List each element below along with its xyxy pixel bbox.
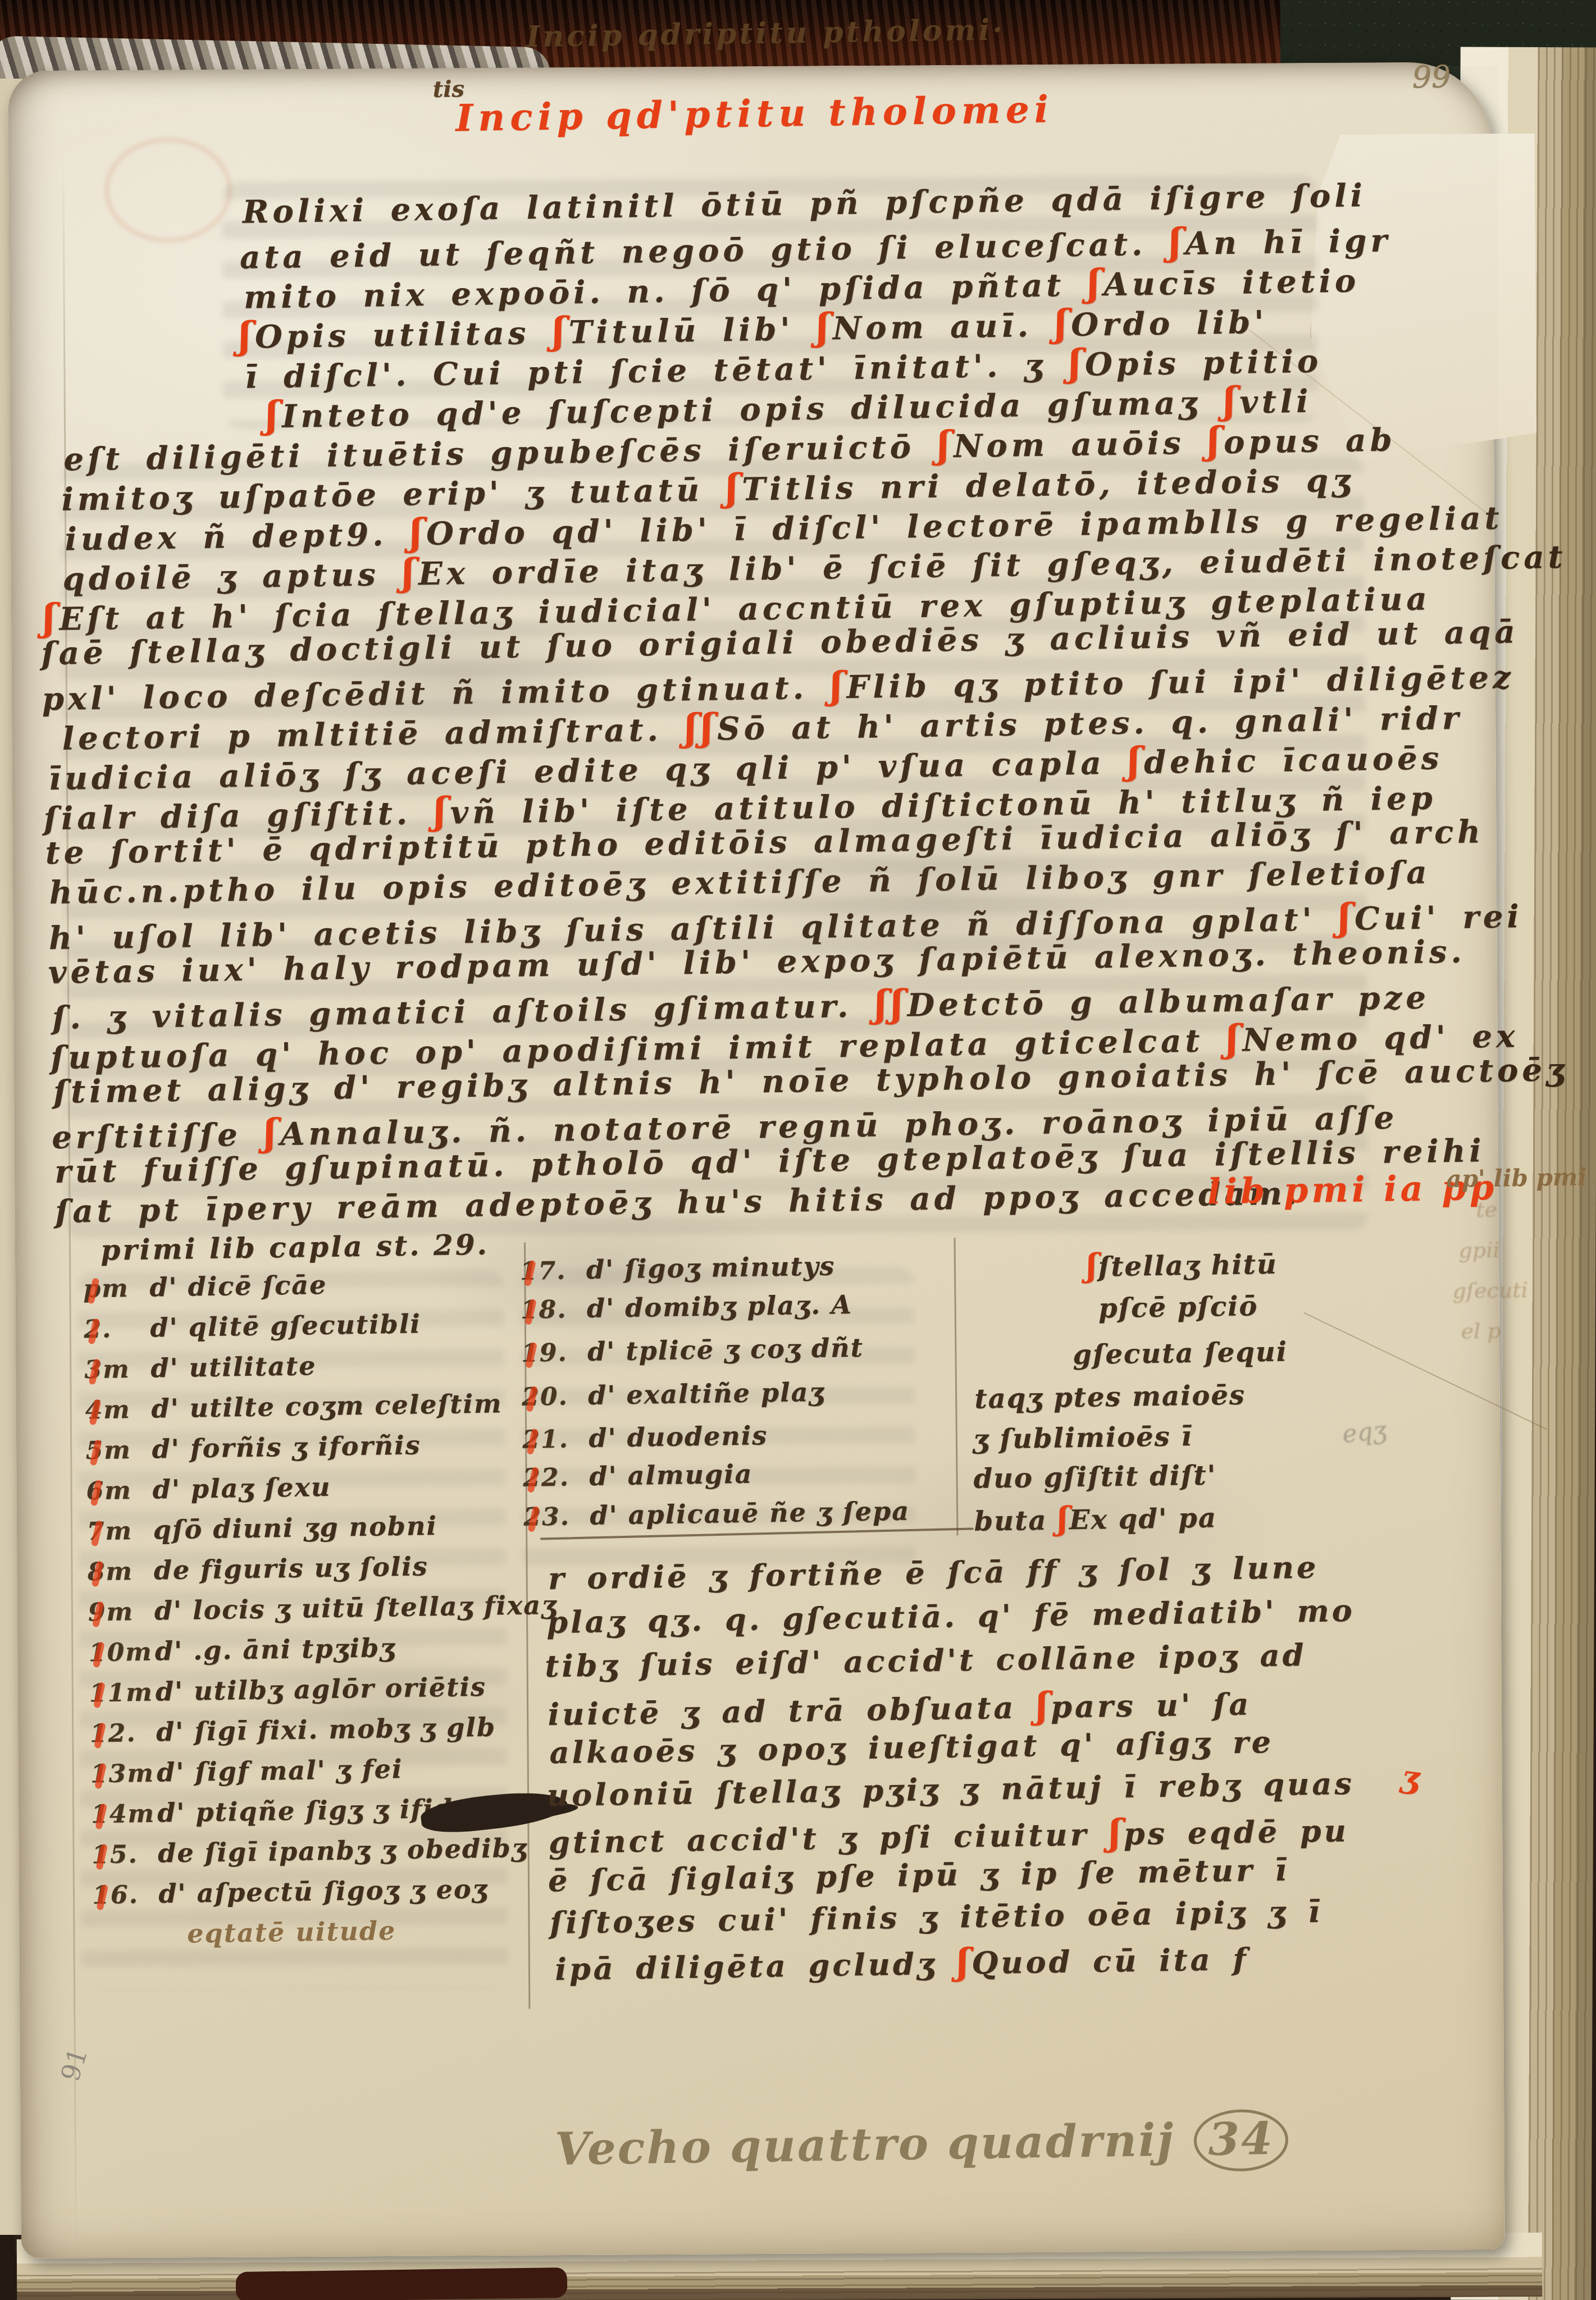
- parchment-grain-texture: [15, 66, 1498, 2254]
- manuscript-photo: 99 Incip qdriptitu ptholomi· tis Incip q…: [0, 0, 1596, 2300]
- running-title: Incip qdriptitu ptholomi·: [526, 13, 1006, 54]
